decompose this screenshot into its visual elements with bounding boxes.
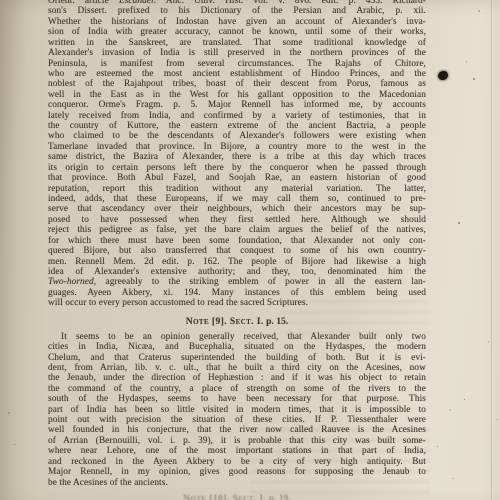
text-segment: the country of Kuttore, the eastern extr… xyxy=(48,121,426,131)
text-segment: of Arrian (Bernouilli, vol. i. p. 39), i… xyxy=(48,436,426,446)
text-segment: It seems to be an opinion generally rece… xyxy=(61,332,426,342)
text-segment: Chelum, and that Craterus superintended … xyxy=(48,353,426,363)
text-line: men. Rennell Mem. 2d edit. p. 162. The p… xyxy=(48,257,426,267)
text-line: Whether the historians of Indostan have … xyxy=(48,17,426,27)
note-9-heading-page-ref: p. 15. xyxy=(264,316,289,327)
text-segment: agreeably to the striking emblem of powe… xyxy=(96,277,426,287)
text-line: part of India has been so little visited… xyxy=(48,405,426,415)
text-line: well in the East as in the West for his … xyxy=(48,90,426,100)
text-line: the Jenaub, under the direction of Hephæ… xyxy=(48,373,426,383)
text-segment: reject this pedigree as false, yet the b… xyxy=(48,225,426,235)
text-segment: sion of India with greater accuracy, can… xyxy=(48,27,426,37)
text-line: well founded in his conjecture, that the… xyxy=(48,425,426,435)
text-segment: conqueror. Orme's Fragm. p. 5. Major Ren… xyxy=(48,100,426,110)
text-segment: will occur to every person accustomed to… xyxy=(48,298,308,308)
text-line: Major Rennell, in my opinion, gives good… xyxy=(48,467,426,477)
text-line: where near Lehore, one of the most impor… xyxy=(48,446,426,456)
text-line: of Arrian (Bernouilli, vol. i. p. 39), i… xyxy=(48,436,426,446)
text-segment: Peninsula, is manifest from several circ… xyxy=(48,59,426,69)
text-line: conqueror. Orme's Fragm. p. 5. Major Ren… xyxy=(48,100,426,110)
text-line: its origin to certain persons left there… xyxy=(48,163,426,173)
text-segment: the Jenaub, under the direction of Hephæ… xyxy=(48,373,426,383)
text-line: cities in India, Nicæa, and Bucephalia, … xyxy=(48,342,426,352)
text-segment: lately received from India, and confirme… xyxy=(48,111,426,121)
text-segment: son's Dissert. prefixed to his Dictionar… xyxy=(48,6,426,16)
text-segment: who are esteemed the most ancient establ… xyxy=(48,69,426,79)
text-segment: for which there must have been some foun… xyxy=(48,236,426,246)
text-segment: Tamerlane invaded that province. In Bijo… xyxy=(48,142,426,152)
paper-speck xyxy=(478,10,480,12)
text-segment: its origin to certain persons left there… xyxy=(48,163,426,173)
text-segment: where near Lehore, one of the most impor… xyxy=(48,446,426,456)
text-line: for which there must have been some foun… xyxy=(48,236,426,246)
text-line: Two-horned, agreeably to the striking em… xyxy=(48,277,426,287)
text-line: south of the Hydaspes, seems to have bee… xyxy=(48,394,426,404)
text-segment: indeed, adds, that these Europeans, if w… xyxy=(48,194,426,204)
text-segment: that province. Both Abul Fazel, and Sooj… xyxy=(48,173,426,183)
paper-speck xyxy=(452,478,454,479)
paper-speck xyxy=(449,409,451,411)
text-segment: the command of the country, a place of s… xyxy=(48,384,426,394)
text-line: Tamerlane invaded that province. In Bijo… xyxy=(48,142,426,152)
text-line: son's Dissert. prefixed to his Dictionar… xyxy=(48,6,426,16)
text-segment: who claimed to be the descendants of Ale… xyxy=(48,131,426,141)
italic-text: Two-horned, xyxy=(48,277,96,287)
note-9-heading-label: Note [9]. Sect. I. xyxy=(186,316,264,327)
paper-speck xyxy=(473,78,475,80)
text-segment: idea of Alexander's extensive authority;… xyxy=(48,267,426,277)
text-segment: Whether the historians of Indostan have … xyxy=(48,17,426,27)
text-line: noblest of the Rajahpout tribes, boast o… xyxy=(48,79,426,89)
text-line: the command of the country, a place of s… xyxy=(48,384,426,394)
note-9-heading: Note [9]. Sect. I. p. 15. xyxy=(48,316,426,327)
text-line: sion of India with greater accuracy, can… xyxy=(48,27,426,37)
text-segment: well in the East as in the West for his … xyxy=(48,90,426,100)
text-line: indeed, adds, that these Europeans, if w… xyxy=(48,194,426,204)
note-8-continuation-paragraph: Orient. article Escander. Anc. Univ. His… xyxy=(48,0,426,309)
paper-speck xyxy=(466,61,467,63)
text-line: posed to have possessed when they first … xyxy=(48,215,426,225)
text-segment: posed to have possessed when they first … xyxy=(48,215,426,225)
text-line: and reckoned in the Ayeen Akbery to be a… xyxy=(48,457,426,467)
text-segment: quered Bijore, but also transferred that… xyxy=(48,246,426,256)
note-10-heading-partial: Note [10]. Sect. I. p. 19. xyxy=(48,493,426,500)
paper-speck xyxy=(437,446,438,447)
text-segment: serve that ascendancy over their neighbo… xyxy=(48,204,426,214)
text-segment: be the Acesines of the ancients. xyxy=(48,478,168,488)
text-line: guages. Ayeen Akbery, xi. 194. Many inst… xyxy=(48,288,426,298)
text-line: who are esteemed the most ancient establ… xyxy=(48,69,426,79)
book-page-scan: Orient. article Escander. Anc. Univ. His… xyxy=(0,0,500,500)
page-crease xyxy=(491,0,492,500)
text-segment: same district, the Bazira of Alexander, … xyxy=(48,152,426,162)
paper-speck xyxy=(14,444,15,445)
text-segment: dent, from Arrian, lib. v. c. ult., that… xyxy=(48,363,426,373)
text-column: Orient. article Escander. Anc. Univ. His… xyxy=(48,0,426,488)
text-segment: written in the Sanskreet, are translated… xyxy=(48,38,426,48)
text-segment: point out with precision the situation o… xyxy=(48,415,426,425)
text-segment: part of India has been so little visited… xyxy=(48,405,426,415)
paper-speck xyxy=(458,222,460,224)
text-segment: Major Rennell, in my opinion, gives good… xyxy=(48,467,426,477)
paper-speck xyxy=(464,399,465,400)
text-line: reject this pedigree as false, yet the b… xyxy=(48,225,426,235)
text-line: that province. Both Abul Fazel, and Sooj… xyxy=(48,173,426,183)
text-line: the country of Kuttore, the eastern extr… xyxy=(48,121,426,131)
note-9-paragraph: It seems to be an opinion generally rece… xyxy=(48,332,426,488)
paper-speck xyxy=(496,419,498,420)
text-line: idea of Alexander's extensive authority;… xyxy=(48,267,426,277)
text-segment: noblest of the Rajahpout tribes, boast o… xyxy=(48,79,426,89)
text-line: written in the Sanskreet, are translated… xyxy=(48,38,426,48)
paper-speck xyxy=(8,412,10,414)
note-10-heading-page-ref: p. 19. xyxy=(266,493,291,500)
text-line: Chelum, and that Craterus superintended … xyxy=(48,353,426,363)
text-line: will occur to every person accustomed to… xyxy=(48,298,426,308)
note-10-heading-label: Note [10]. Sect. I. xyxy=(183,493,266,500)
paper-speck xyxy=(488,341,489,343)
text-line: same district, the Bazira of Alexander, … xyxy=(48,152,426,162)
text-segment: men. Rennell Mem. 2d edit. p. 162. The p… xyxy=(48,257,426,267)
text-segment: reputation, report this tradition withou… xyxy=(48,184,426,194)
text-line: who claimed to be the descendants of Ale… xyxy=(48,131,426,141)
text-line: lately received from India, and confirme… xyxy=(48,111,426,121)
text-segment: guages. Ayeen Akbery, xi. 194. Many inst… xyxy=(48,288,426,298)
text-segment: Alexander's invasion of India is still p… xyxy=(48,48,426,58)
text-segment: well founded in his conjecture, that the… xyxy=(48,425,426,435)
text-line: serve that ascendancy over their neighbo… xyxy=(48,204,426,214)
text-line: be the Acesines of the ancients. xyxy=(48,478,426,488)
text-line: reputation, report this tradition withou… xyxy=(48,184,426,194)
text-line: point out with precision the situation o… xyxy=(48,415,426,425)
ink-blot xyxy=(437,70,448,80)
text-segment: and reckoned in the Ayeen Akbery to be a… xyxy=(48,457,426,467)
text-segment: south of the Hydaspes, seems to have bee… xyxy=(48,394,426,404)
text-line: Alexander's invasion of India is still p… xyxy=(48,48,426,58)
text-line: dent, from Arrian, lib. v. c. ult., that… xyxy=(48,363,426,373)
text-line: Peninsula, is manifest from several circ… xyxy=(48,59,426,69)
text-line: It seems to be an opinion generally rece… xyxy=(48,332,426,342)
text-line: quered Bijore, but also transferred that… xyxy=(48,246,426,256)
text-segment: cities in India, Nicæa, and Bucephalia, … xyxy=(48,342,426,352)
